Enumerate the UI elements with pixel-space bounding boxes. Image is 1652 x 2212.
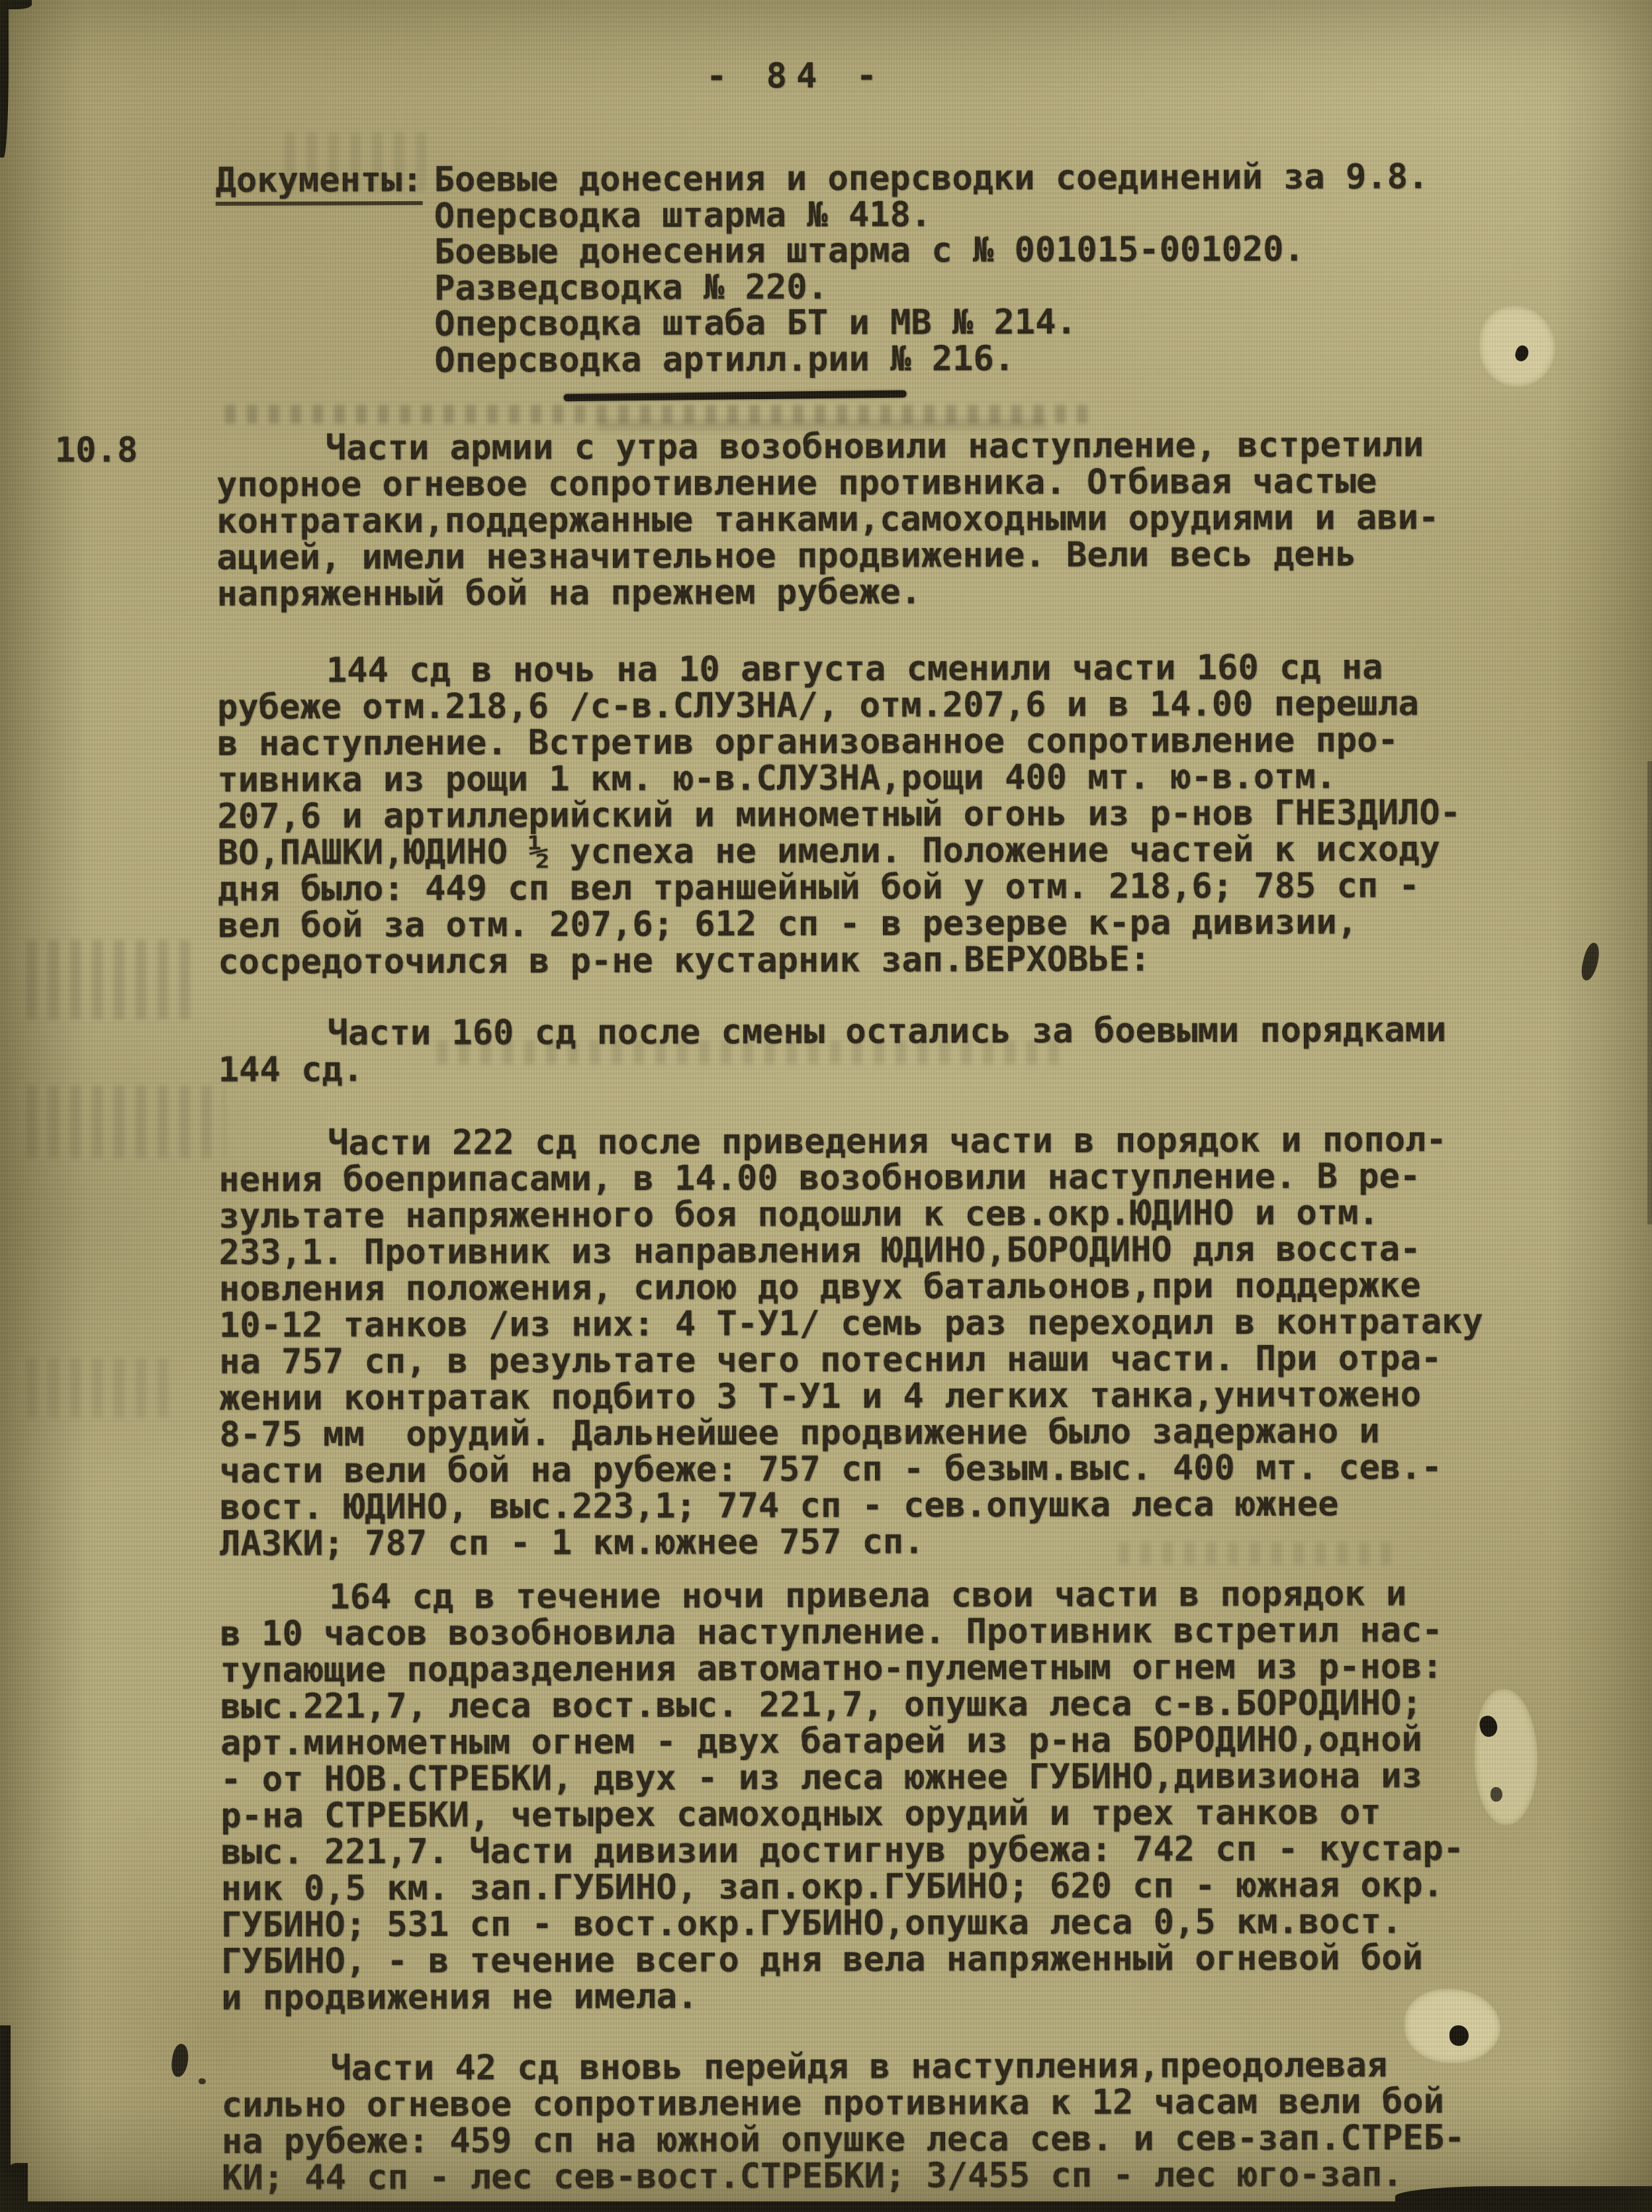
report-paragraph: 144 сд в ночь на 10 августа сменили част… xyxy=(217,649,1529,981)
scan-edge xyxy=(1647,761,1652,1224)
documents-label: Документы: xyxy=(216,162,423,206)
paper-tear xyxy=(1479,306,1555,387)
page-number: - 84 - xyxy=(706,58,886,95)
paper-tear xyxy=(1404,1989,1500,2063)
document-item: Боевые донесения штарма с № 001015-00102… xyxy=(434,231,1429,270)
text-line: вост. ЮДИНО, выс.223,1; 774 сп - сев.опу… xyxy=(220,1486,1530,1526)
documents-list: Боевые донесения и оперсводки соединений… xyxy=(434,159,1430,379)
report-paragraph: Части 42 сд вновь перейдя в наступления,… xyxy=(221,2047,1532,2197)
scanned-page: - 84 - Документы: Боевые донесения и опе… xyxy=(0,0,1652,2212)
document-item: Оперсводка штарма № 418. xyxy=(434,195,1429,234)
ink-blob xyxy=(1449,2025,1469,2046)
entry-date-label: 10.8 xyxy=(55,432,138,469)
scan-edge xyxy=(0,0,32,9)
ink-blob xyxy=(1491,1787,1502,1802)
report-paragraph: Части 222 сд после приведения части в по… xyxy=(218,1122,1530,1563)
text-line: Части 160 сд после смены остались за бое… xyxy=(218,1012,1529,1052)
text-line: 144 сд. xyxy=(218,1048,1529,1089)
text-line: напряженный бой на прежнем рубеже. xyxy=(216,573,1527,613)
text-line: ацией, имели незначительное продвижение.… xyxy=(216,536,1527,576)
text-line: КИ; 44 сп - лес сев-вост.СТРЕБКИ; 3/455 … xyxy=(222,2156,1532,2197)
document-item: Оперсводка артилл.рии № 216. xyxy=(434,340,1429,379)
text-line: и продвижения не имела. xyxy=(221,1976,1532,2017)
text-line: вел бой за отм. 207,6; 612 сп - в резерв… xyxy=(218,904,1528,945)
ink-blob xyxy=(199,2078,206,2084)
text-line: ГУБИНО, - в течение всего дня вела напря… xyxy=(221,1940,1532,1980)
scan-edge xyxy=(1395,2186,1652,2212)
document-item: Оперсводка штаба БТ и МВ № 214. xyxy=(434,303,1429,342)
document-item: Разведсводка № 220. xyxy=(434,267,1429,306)
text-line: сосредоточился в р-не кустарник зап.ВЕРХ… xyxy=(218,941,1528,981)
text-line: ЛАЗКИ; 787 сп - 1 км.южнее 757 сп. xyxy=(220,1522,1530,1563)
document-item: Боевые донесения и оперсводки соединений… xyxy=(434,159,1429,198)
report-paragraph: 164 сд в течение ночи привела свои части… xyxy=(220,1576,1532,2017)
report-paragraph: Части 160 сд после смены остались за бое… xyxy=(218,1012,1529,1089)
document-text-layer: - 84 - Документы: Боевые донесения и опе… xyxy=(0,0,1652,2212)
report-paragraph: Части армии с утра возобновили наступлен… xyxy=(216,427,1528,613)
separator-ghost-line xyxy=(597,419,1047,430)
separator-line xyxy=(564,391,907,402)
